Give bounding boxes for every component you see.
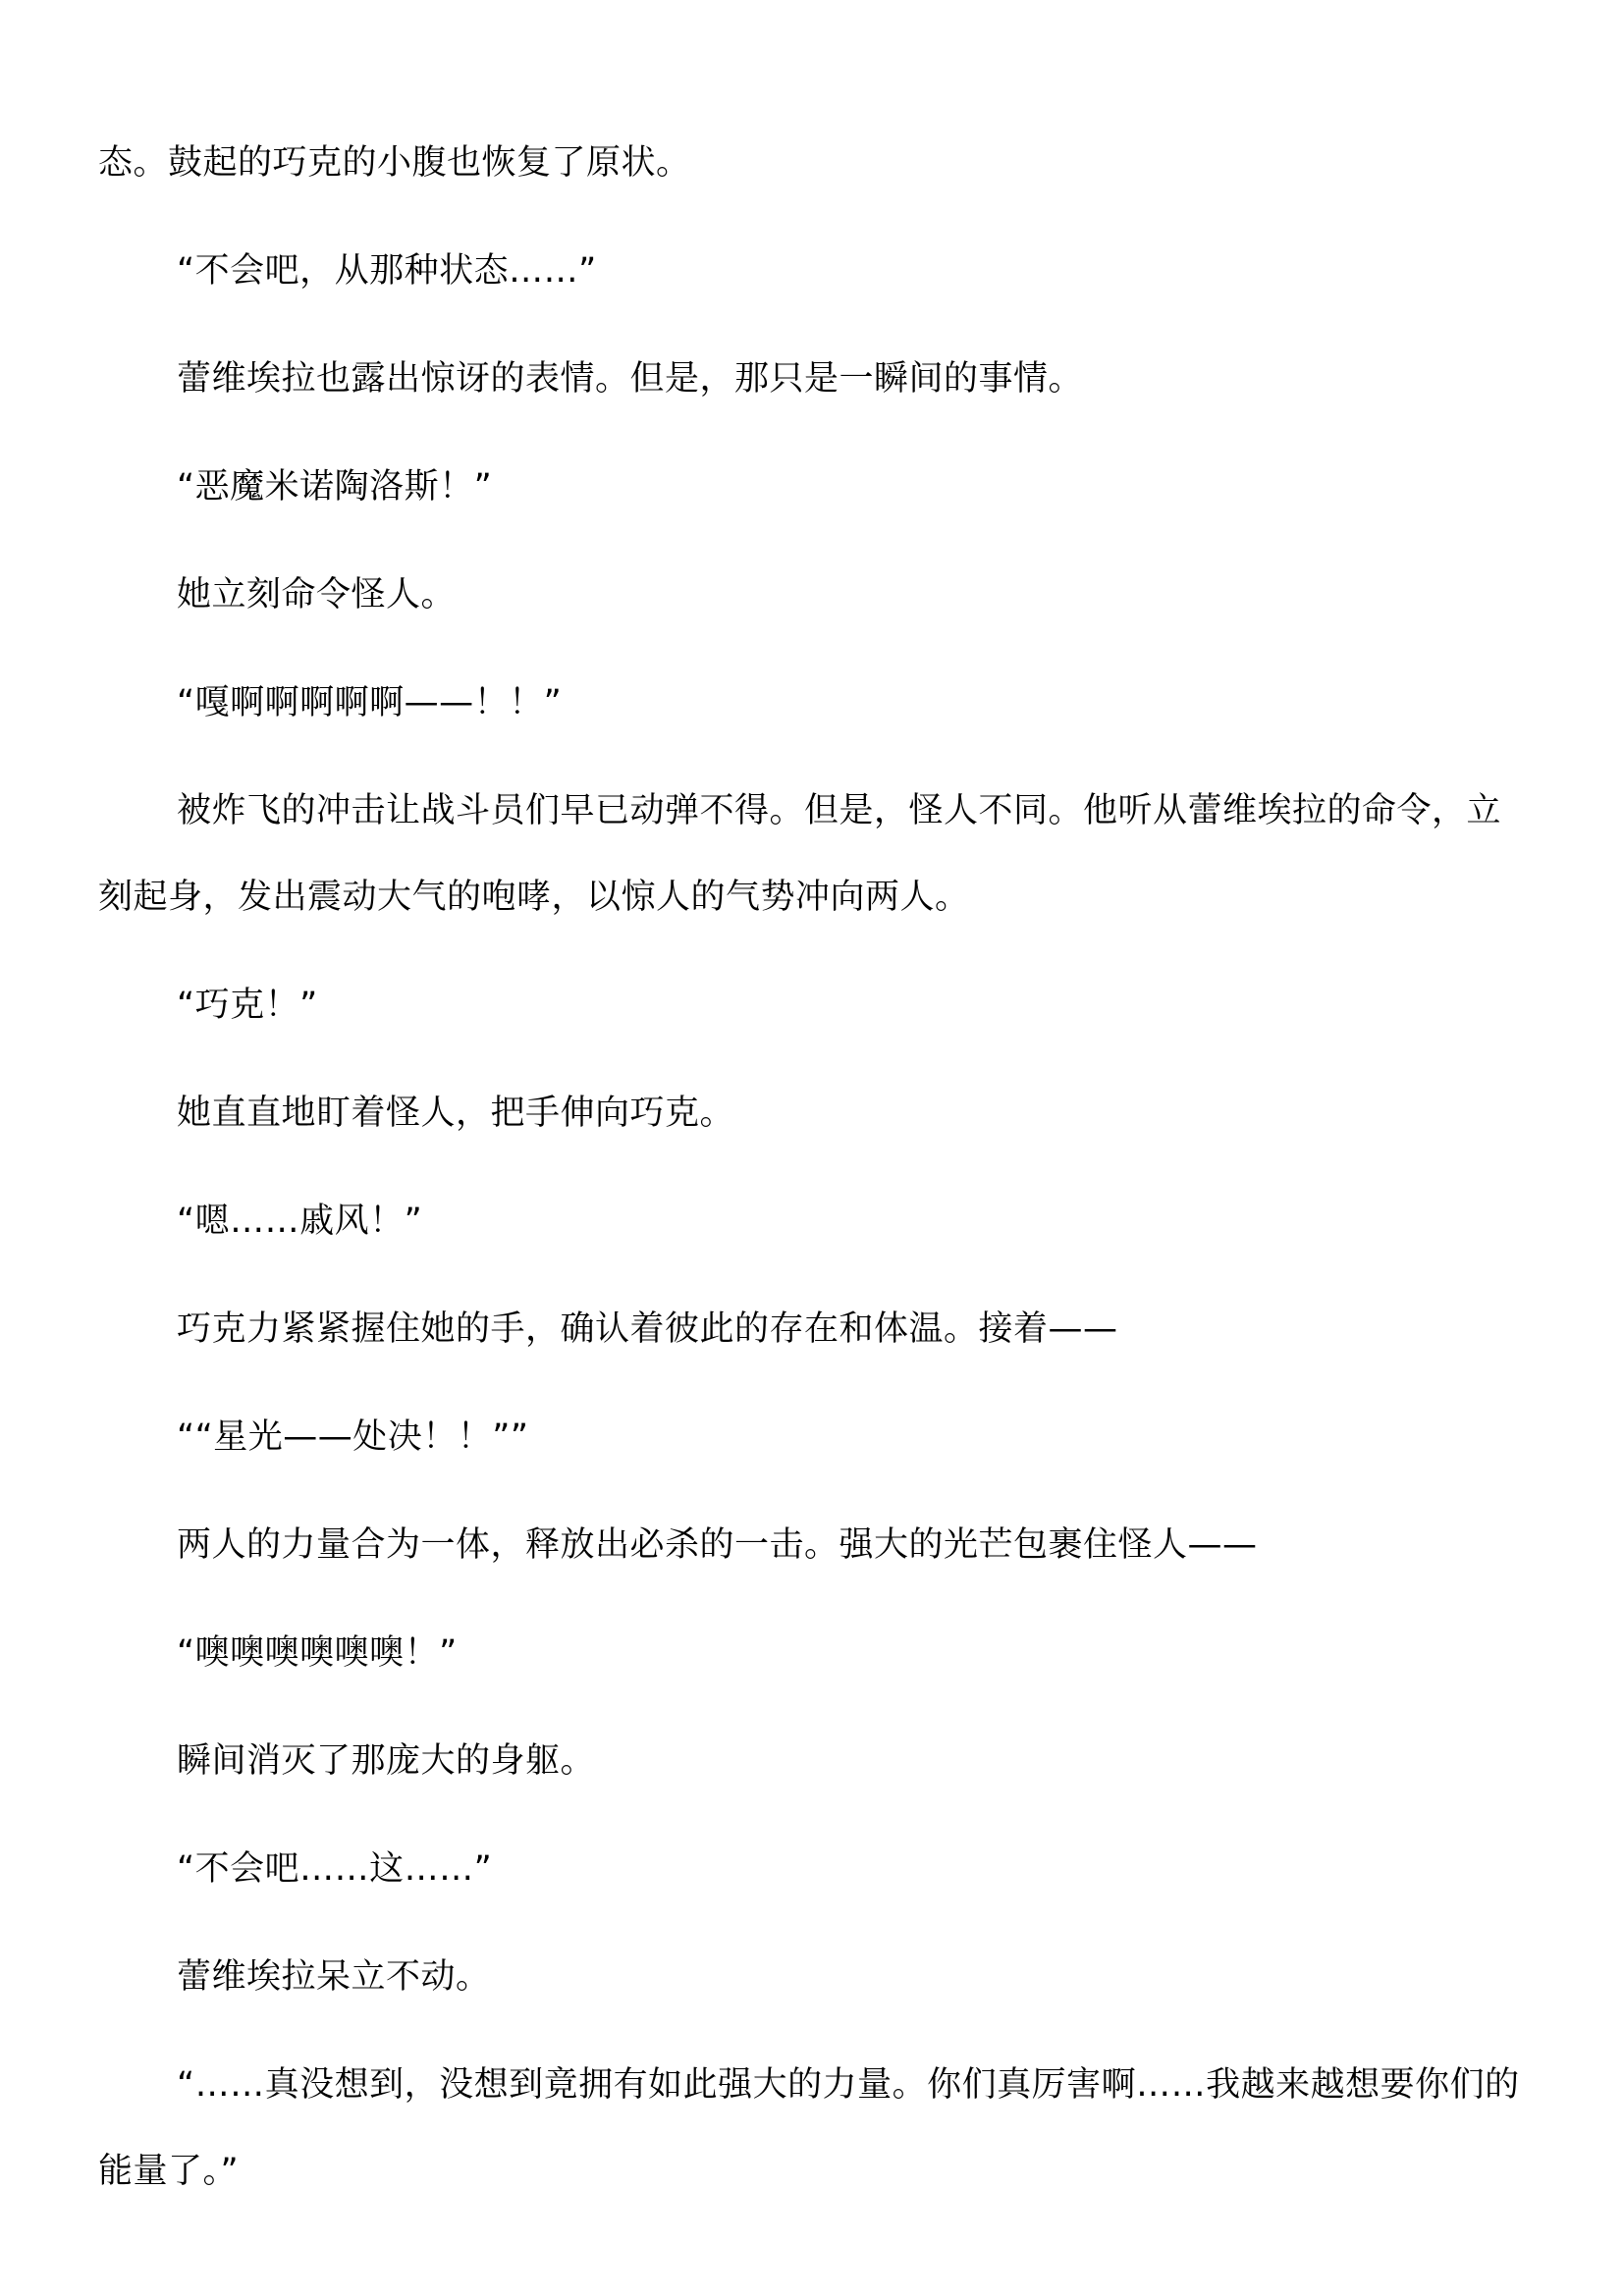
- paragraph: 巧克力紧紧握住她的手，确认着彼此的存在和体温。接着——: [98, 1286, 1532, 1372]
- paragraph: 被炸飞的冲击让战斗员们早已动弹不得。但是，怪人不同。他听从蕾维埃拉的命令，立刻起…: [98, 768, 1532, 940]
- paragraph: 蕾维埃拉也露出惊讶的表情。但是，那只是一瞬间的事情。: [98, 336, 1532, 422]
- paragraph: 她立刻命令怪人。: [98, 552, 1532, 638]
- document-page: 态。鼓起的巧克的小腹也恢复了原状。 “不会吧，从那种状态……” 蕾维埃拉也露出惊…: [98, 120, 1532, 2236]
- paragraph: 态。鼓起的巧克的小腹也恢复了原状。: [98, 120, 1532, 206]
- paragraph: “不会吧，从那种状态……”: [98, 228, 1532, 314]
- paragraph: 她直直地盯着怪人，把手伸向巧克。: [98, 1070, 1532, 1156]
- paragraph: “……真没想到，没想到竟拥有如此强大的力量。你们真厉害啊……我越来越想要你们的能…: [98, 2042, 1532, 2215]
- paragraph: “噢噢噢噢噢噢！”: [98, 1610, 1532, 1696]
- paragraph: 两人的力量合为一体，释放出必杀的一击。强大的光芒包裹住怪人——: [98, 1502, 1532, 1588]
- paragraph: ““星光——处决！！””: [98, 1394, 1532, 1480]
- paragraph: 蕾维埃拉呆立不动。: [98, 1934, 1532, 2020]
- paragraph: “巧克！”: [98, 962, 1532, 1048]
- paragraph: “嘎啊啊啊啊啊——！！”: [98, 660, 1532, 746]
- paragraph: “嗯……戚风！”: [98, 1178, 1532, 1264]
- paragraph: 瞬间消灭了那庞大的身躯。: [98, 1718, 1532, 1804]
- paragraph: “不会吧……这……”: [98, 1826, 1532, 1912]
- paragraph: “恶魔米诺陶洛斯！”: [98, 444, 1532, 530]
